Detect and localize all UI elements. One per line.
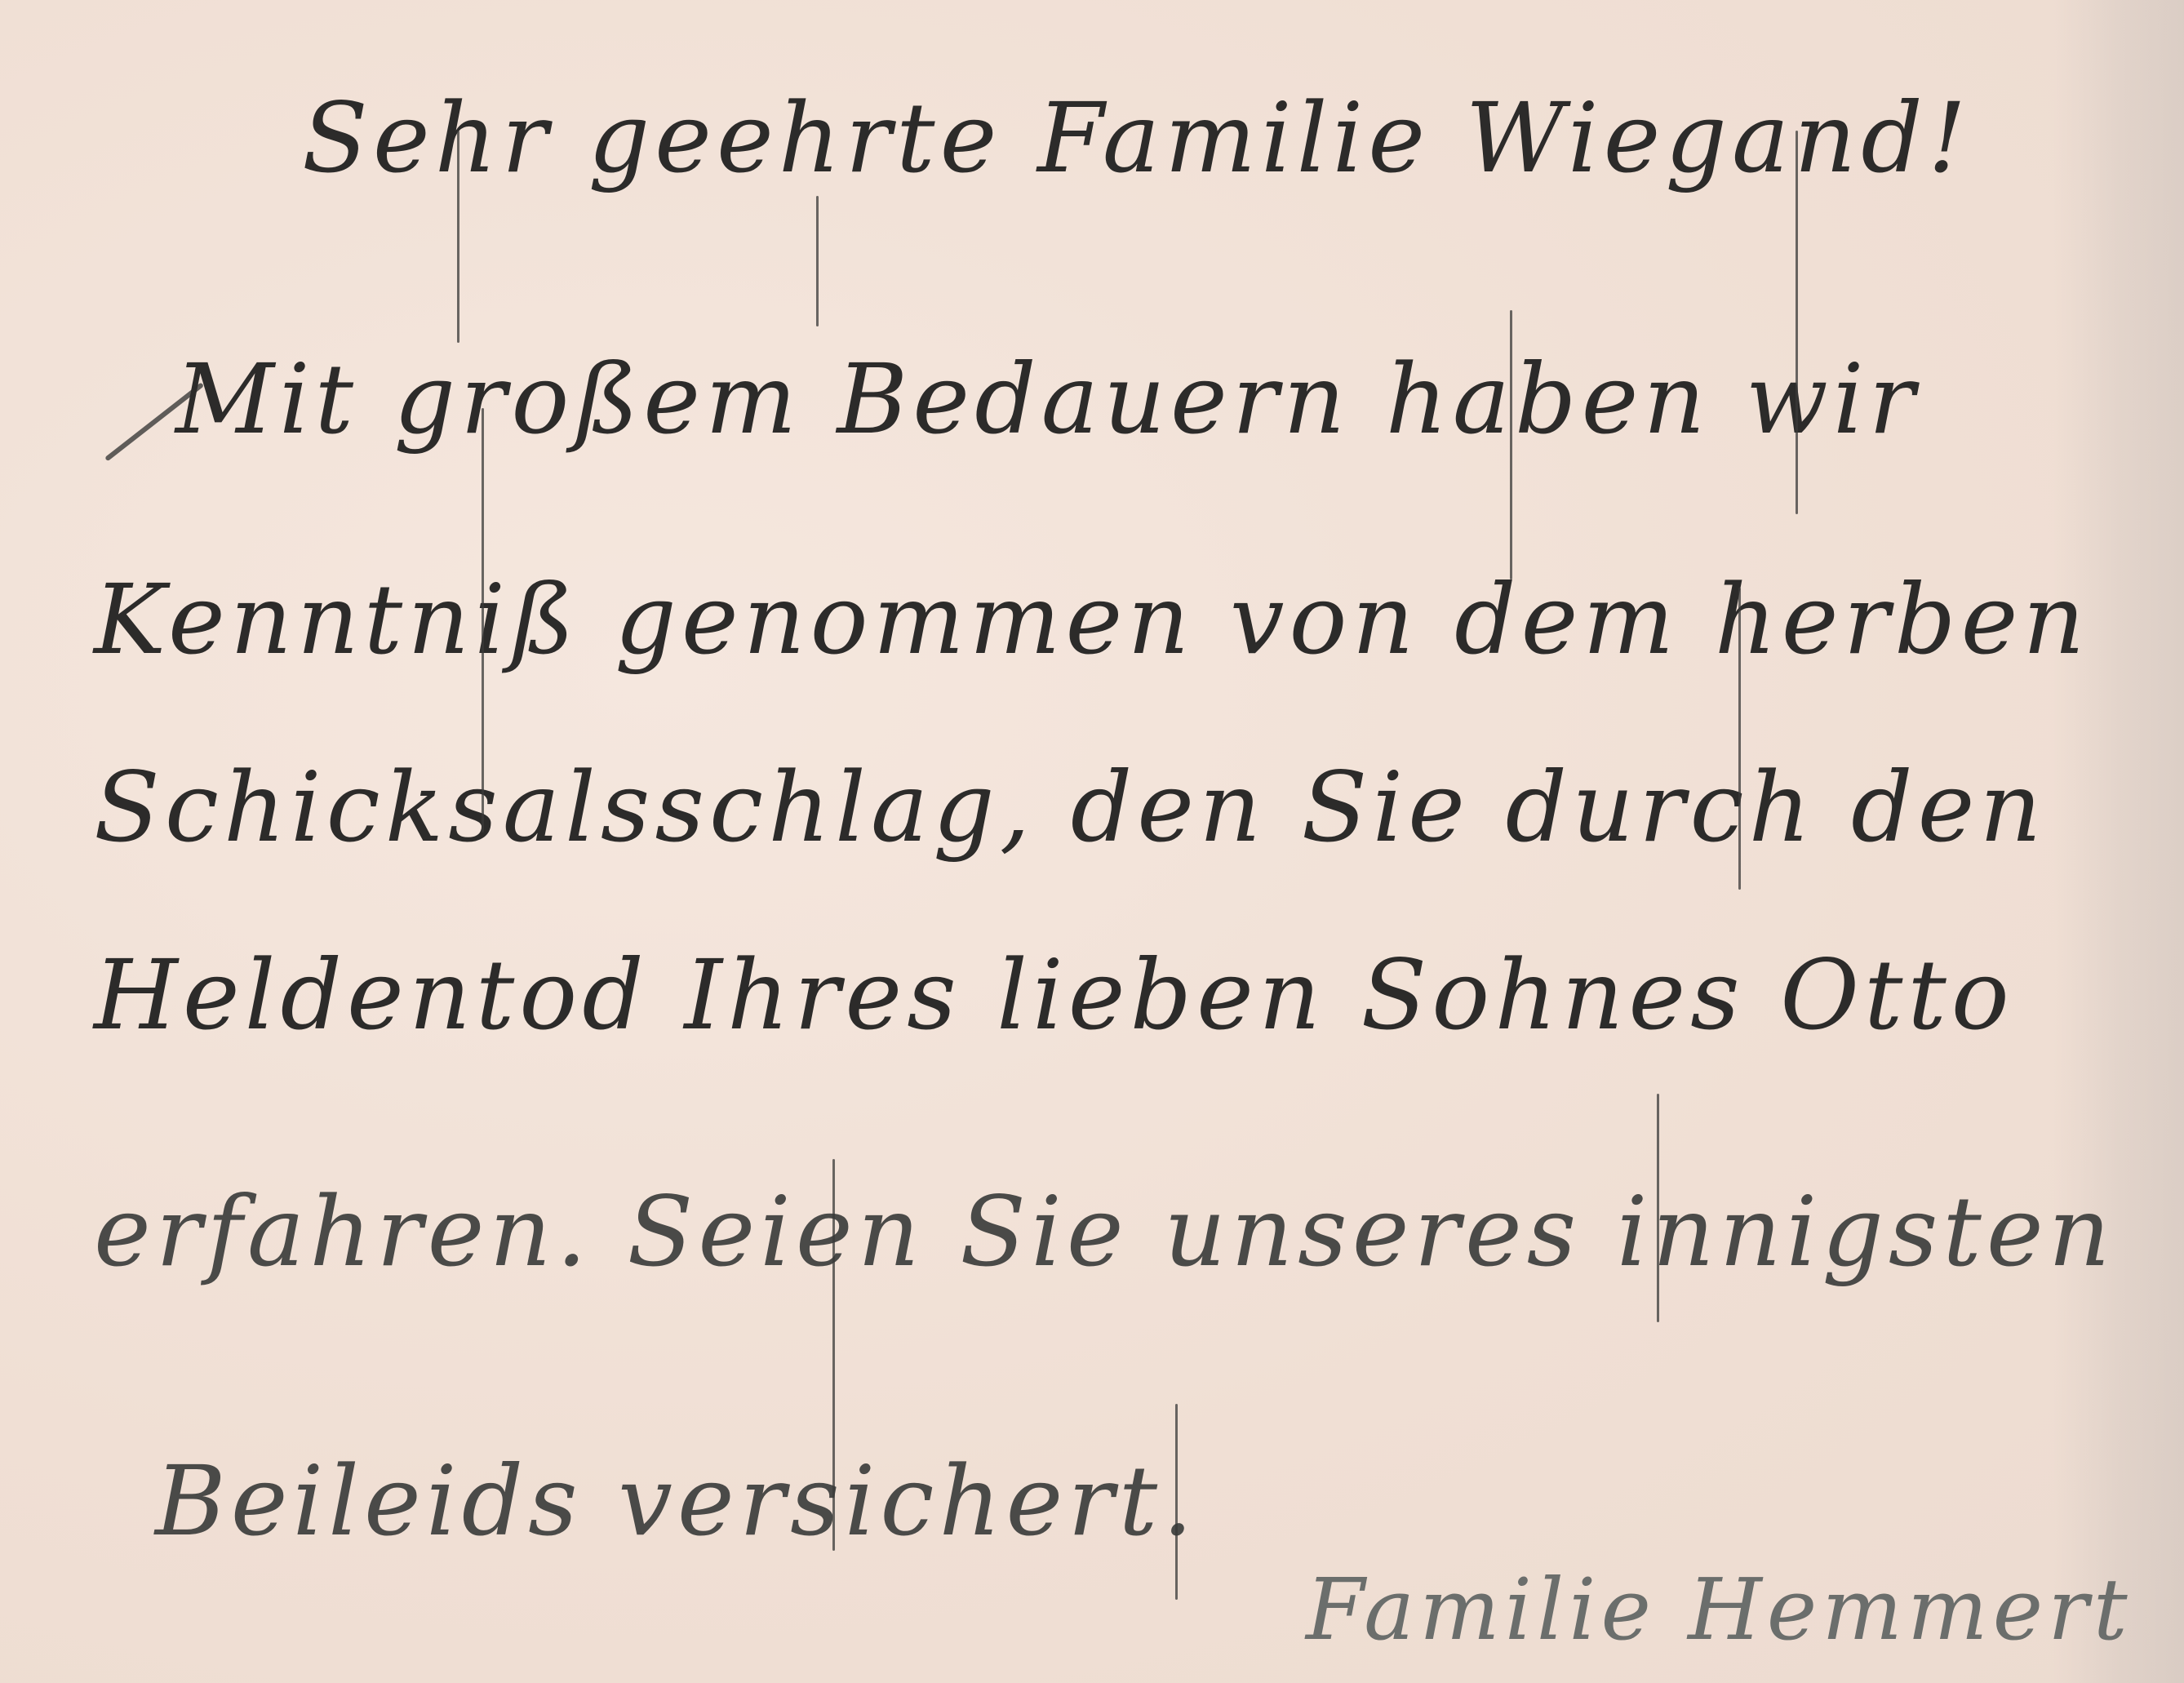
descender-stroke — [457, 131, 459, 343]
body-line-3: Schicksalsschlag, den Sie durch den — [94, 759, 2046, 855]
descender-stroke — [1738, 588, 1741, 890]
body-line-1: Mit großem Bedauern haben wir — [175, 351, 1920, 447]
letter-paper: Sehr geehrte Familie Wiegand! Mit großem… — [0, 0, 2184, 1683]
body-line-4: Heldentod Ihres lieben Sohnes Otto — [94, 947, 2014, 1043]
salutation: Sehr geehrte Familie Wiegand! — [302, 90, 1971, 186]
body-line-2: Kenntniß genommen von dem herben — [94, 571, 2089, 668]
descender-stroke — [482, 408, 484, 833]
descender-stroke — [832, 1159, 835, 1551]
descender-stroke — [1796, 131, 1798, 514]
descender-stroke — [1657, 1094, 1659, 1322]
descender-stroke — [816, 196, 819, 326]
body-line-6: Beileids versichert. — [155, 1453, 1198, 1549]
descender-stroke — [1175, 1404, 1178, 1600]
body-line-5: erfahren. Seien Sie unseres innigsten — [94, 1183, 2115, 1280]
signature: Familie Hemmert — [1306, 1567, 2133, 1652]
descender-stroke — [1510, 310, 1512, 580]
